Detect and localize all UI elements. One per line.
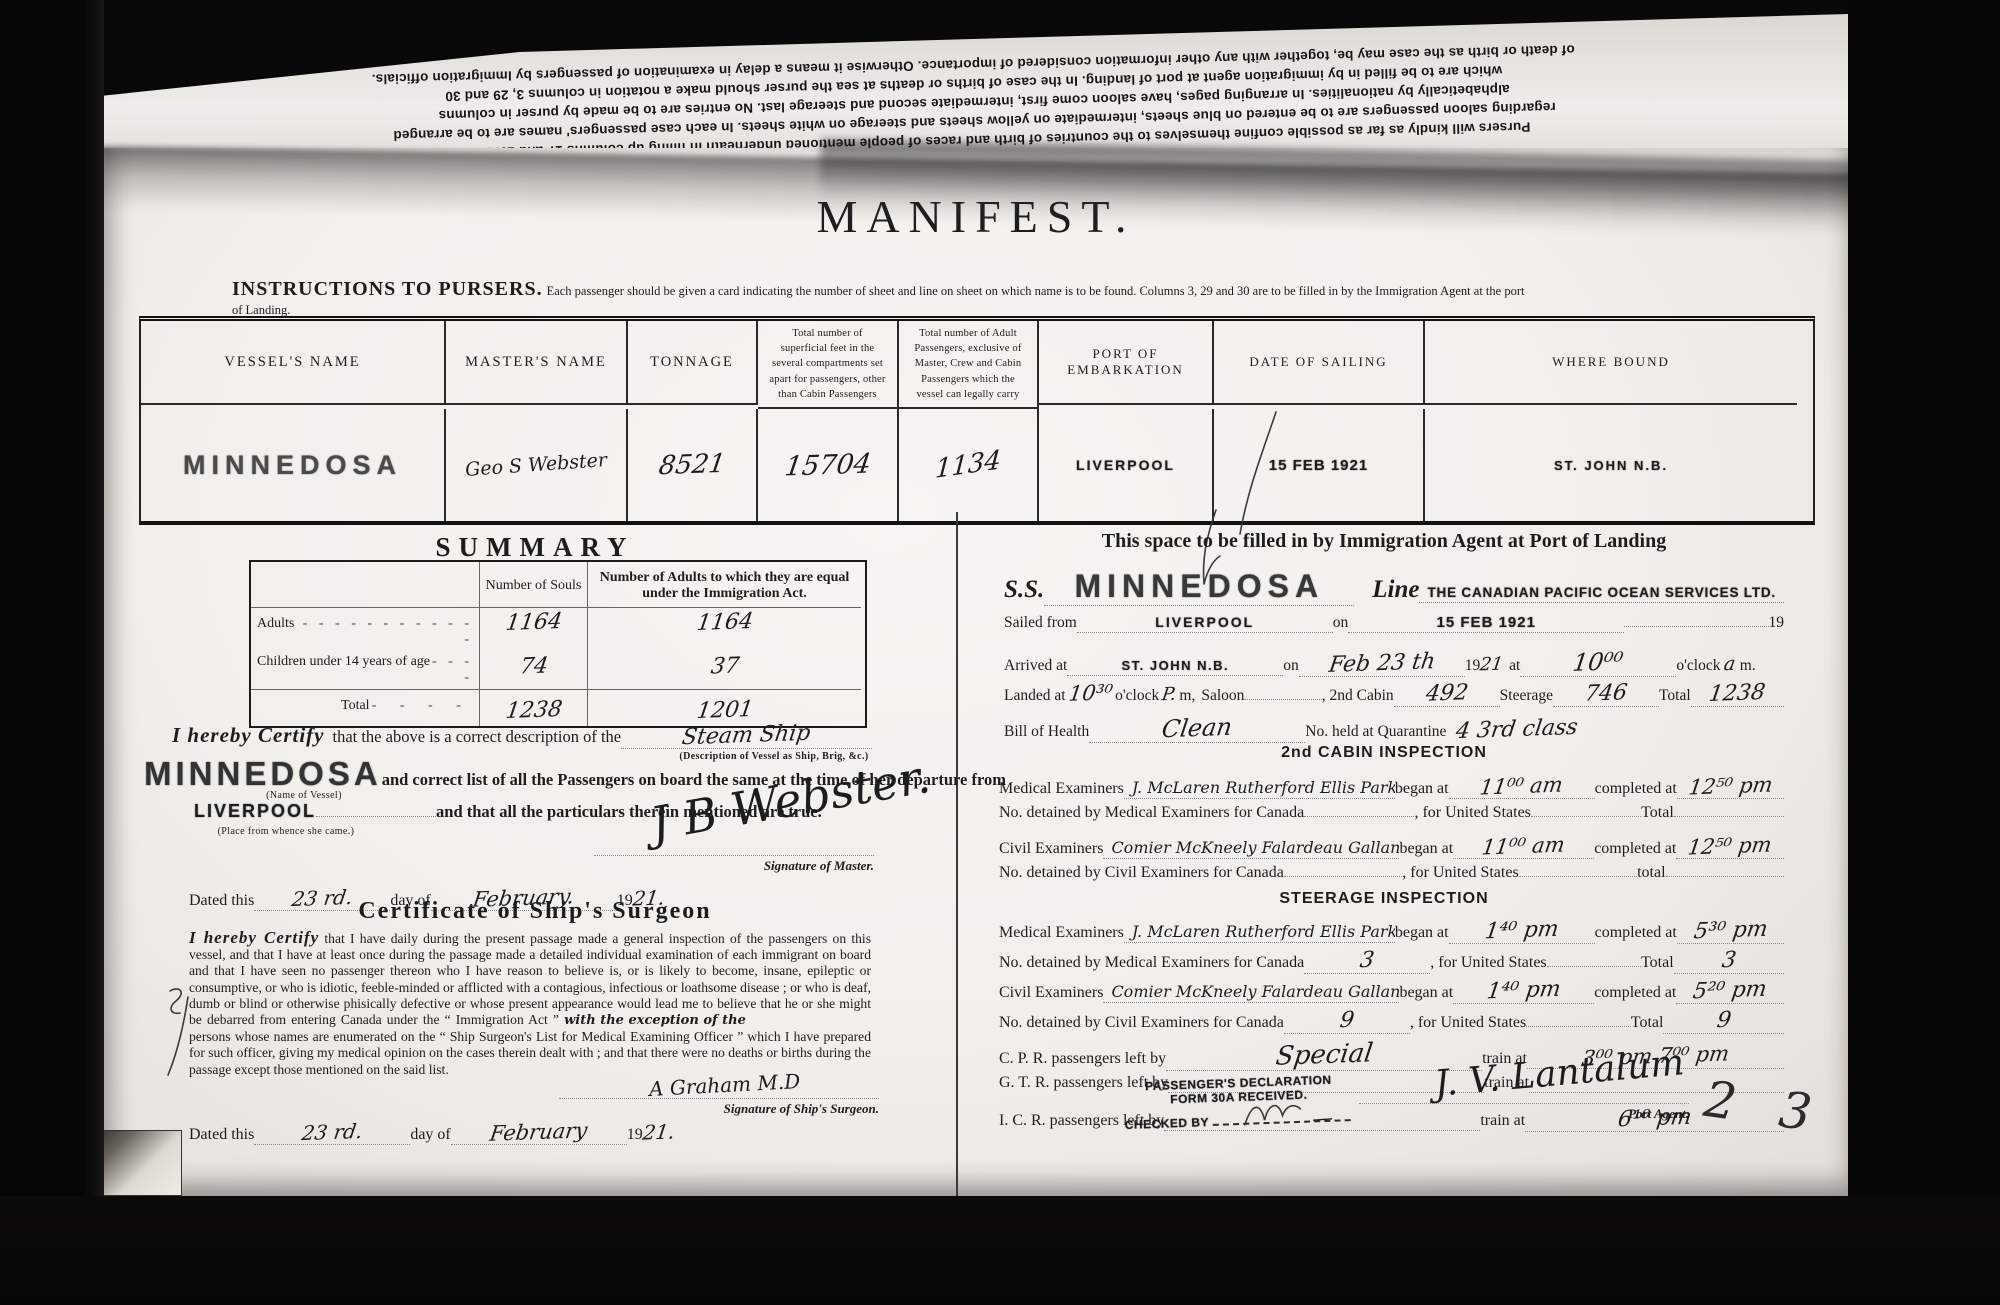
quarantine-count-hw: 4 3rd class: [1455, 715, 1580, 744]
summary-col-souls: Number of Souls: [479, 562, 587, 608]
steerage-medical-detained-line: No. detained by Medical Examiners for Ca…: [999, 948, 1784, 974]
port-agent-caption: Port Agent.: [1359, 1106, 1689, 1122]
leader-dashes: - - - - - - - - - - - -: [294, 616, 473, 648]
margin-pen-marks: [152, 983, 202, 1083]
summary-total-souls: 1238: [479, 689, 587, 726]
i-hereby-certify: I hereby Certify: [172, 723, 324, 748]
cabin-civil-names-slot: Comier McKneely Falardeau Gallant Murphy: [1103, 838, 1399, 859]
where-bound-stamp: ST. JOHN N.B.: [1554, 458, 1668, 473]
cabin-medical-detained-line: No. detained by Medical Examiners for Ca…: [999, 804, 1784, 822]
pen-stroke: [1234, 408, 1284, 538]
landed-pm-hw: P.: [1161, 684, 1178, 706]
vessel-name-stamp-2: MINNEDOSA: [144, 755, 382, 793]
i-hereby-certify-2: I hereby Certify: [189, 928, 319, 947]
summary-adults-souls: 1164: [479, 608, 587, 651]
column-divider: [956, 512, 958, 1196]
sailed-date-slot: 15 FEB 1921: [1348, 614, 1624, 633]
bill-of-health-line: Bill of Health Clean No. held at Quarant…: [1004, 714, 1644, 743]
surgeon-signature-line: [559, 1098, 879, 1099]
cabin-civil-detained-line: No. detained by Civil Examiners for Cana…: [999, 864, 1784, 882]
master-signature-line: [594, 855, 874, 856]
summary-col-adult-equiv: Number of Adults to which they are equal…: [587, 562, 861, 608]
scanned-manifest-photo: INSTRUCTIONS TO PURSERS Pursers will kin…: [0, 0, 2000, 1305]
page-title: MANIFEST.: [104, 190, 1848, 243]
immigration-heading: This space to be filled in by Immigratio…: [964, 530, 1804, 553]
dated-day-slot-2: 23 rd.: [254, 1120, 410, 1145]
second-cabin-inspection-heading: 2nd CABIN INSPECTION: [1004, 744, 1764, 762]
summary-table: Number of Souls Number of Adults to whic…: [249, 560, 867, 728]
col-master-name: MASTER'S NAME: [446, 321, 628, 405]
summary-row-total-label: Total - - - -: [251, 689, 479, 726]
line-company-slot: THE CANADIAN PACIFIC OCEAN SERVICES LTD.: [1419, 584, 1784, 603]
col-date-of-sailing: DATE OF SAILING: [1214, 321, 1425, 405]
vessel-name-stamp-3: MINNEDOSA: [1075, 568, 1325, 604]
summary-children-equiv: 37: [587, 651, 861, 689]
pursers-note: INSTRUCTIONS TO PURSERS. Each passenger …: [232, 278, 1532, 319]
vessel-slot: MINNEDOSA: [1044, 568, 1354, 606]
summary-row-adults-label: Adults - - - - - - - - - - - -: [251, 608, 479, 651]
adult-capacity-value: 1134: [934, 445, 1002, 485]
scan-border-left: [0, 0, 104, 1305]
steerage-civil-line: Civil Examiners Comier McKneely Falardea…: [999, 978, 1784, 1004]
summary-children-souls: 74: [479, 651, 587, 689]
scan-border-right: [1848, 0, 2000, 1305]
steerage-medical-names-slot: J. McLaren Rutherford Ellis Parks: [1124, 922, 1395, 943]
arrived-time-slot: 10⁰⁰: [1520, 648, 1676, 677]
steerage-civil-detained-line: No. detained by Civil Examiners for Cana…: [999, 1008, 1784, 1034]
summary-total-equiv: 1201: [587, 689, 861, 726]
cabin-medical-line: Medical Examiners J. McLaren Rutherford …: [999, 774, 1784, 799]
cabin-medical-names-slot: J. McLaren Rutherford Ellis Parks: [1124, 778, 1395, 799]
dated-year-hw-2: 21.: [641, 1119, 676, 1144]
vessel-description-hw: Steam Ship: [681, 721, 813, 751]
scan-border-bottom: [0, 1196, 2000, 1305]
cabin-civil-line: Civil Examiners Comier McKneely Falardea…: [999, 834, 1784, 859]
sailed-port-slot: LIVERPOOL: [1077, 614, 1333, 633]
surgeon-cert-body: I hereby Certify that I have daily durin…: [189, 930, 871, 1078]
exception-phrase: with the exception of the: [564, 1013, 746, 1029]
leader-dashes: - - - -: [430, 654, 473, 686]
landed-total-slot: 1238: [1691, 681, 1784, 707]
landed-time-hw: 10³⁰: [1067, 680, 1114, 706]
arrived-date-slot: Feb 23 th: [1299, 651, 1465, 677]
vessel-name-stamp: MINNEDOSA: [183, 450, 402, 481]
cp-ocean-services-stamp: THE CANADIAN PACIFIC OCEAN SERVICES LTD.: [1427, 585, 1776, 600]
summary-heading: SUMMARY: [139, 532, 931, 563]
vessel-description-slot: Steam Ship: [621, 723, 872, 749]
ss-line: S.S. MINNEDOSA Line THE CANADIAN PACIFIC…: [1004, 568, 1784, 606]
col-adult-capacity: Total number of Adult Passengers, exclus…: [899, 321, 1039, 409]
sailed-line: Sailed from LIVERPOOL on 15 FEB 1921 19: [1004, 614, 1784, 633]
cabin-count-slot: 492: [1394, 681, 1500, 707]
summary-adults-equiv: 1164: [587, 608, 861, 651]
landed-line: Landed at 10³⁰ o'clock P. m, Saloon , 2n…: [1004, 681, 1784, 707]
checked-by-scrawl: [1238, 1099, 1309, 1131]
declaration-received-stamp: PASSENGER'S DECLARATION FORM 30A RECEIVE…: [1123, 1072, 1355, 1132]
bill-value-slot: Clean: [1089, 714, 1305, 743]
signature-of-surgeon-caption: Signature of Ship's Surgeon.: [559, 1101, 879, 1117]
dated-month-slot-2: February: [451, 1120, 627, 1145]
embarkation-port-stamp: LIVERPOOL: [1076, 457, 1175, 473]
superficial-feet-value: 15704: [782, 448, 872, 482]
port-stamp-2: LIVERPOOL: [194, 801, 316, 822]
arrived-port-slot: ST. JOHN N.B.: [1067, 657, 1283, 676]
steerage-inspection-heading: STEERAGE INSPECTION: [1004, 890, 1764, 908]
master-signature: Geo S Webster: [464, 449, 607, 481]
steerage-medical-line: Medical Examiners J. McLaren Rutherford …: [999, 918, 1784, 944]
surgeon-dated-line: Dated this 23 rd. day of February 19 21.: [189, 1120, 749, 1145]
place-from-whence-caption: (Place from whence she came.): [186, 826, 386, 837]
arrived-year-hw: 21: [1479, 654, 1505, 676]
pursers-note-label: INSTRUCTIONS TO PURSERS.: [232, 278, 543, 300]
tonnage-value: 8521: [657, 449, 727, 481]
summary-corner-cell: [251, 562, 479, 608]
leader-dashes: - - - -: [370, 698, 473, 714]
arrived-ampm-hw: a: [1723, 653, 1737, 676]
ss-label: S.S.: [1004, 576, 1044, 604]
steerage-civil-names-slot: Comier McKneely Falardeau Gallant Murphy: [1103, 982, 1399, 1003]
handwritten-page-number: 2 3: [1701, 1070, 1829, 1144]
line-label: Line: [1372, 576, 1419, 604]
master-cert-line1: I hereby Certify that the above is a cor…: [172, 723, 872, 749]
arrived-line: Arrived at ST. JOHN N.B. on Feb 23 th 19…: [1004, 648, 1784, 677]
col-port-of-embarkation: PORT OF EMBARKATION: [1039, 321, 1214, 405]
vessel-table: VESSEL'S NAME MASTER'S NAME TONNAGE Tota…: [139, 316, 1815, 525]
col-tonnage: TONNAGE: [628, 321, 758, 405]
col-where-bound: WHERE BOUND: [1425, 321, 1797, 405]
signature-of-master-caption: Signature of Master.: [594, 858, 874, 874]
name-of-vessel-caption: (Name of Vessel): [224, 790, 384, 801]
steerage-count-slot: 746: [1553, 681, 1659, 707]
port-agent-signature-line: [1359, 1103, 1689, 1104]
col-vessel-name: VESSEL'S NAME: [141, 321, 446, 405]
surgeon-cert-heading: Certificate of Ship's Surgeon: [139, 898, 931, 925]
manifest-page: MANIFEST. INSTRUCTIONS TO PURSERS. Each …: [104, 148, 1848, 1196]
col-superficial-feet: Total number of superficial feet in the …: [758, 321, 899, 409]
summary-row-children-label: Children under 14 years of age - - - -: [251, 651, 479, 689]
